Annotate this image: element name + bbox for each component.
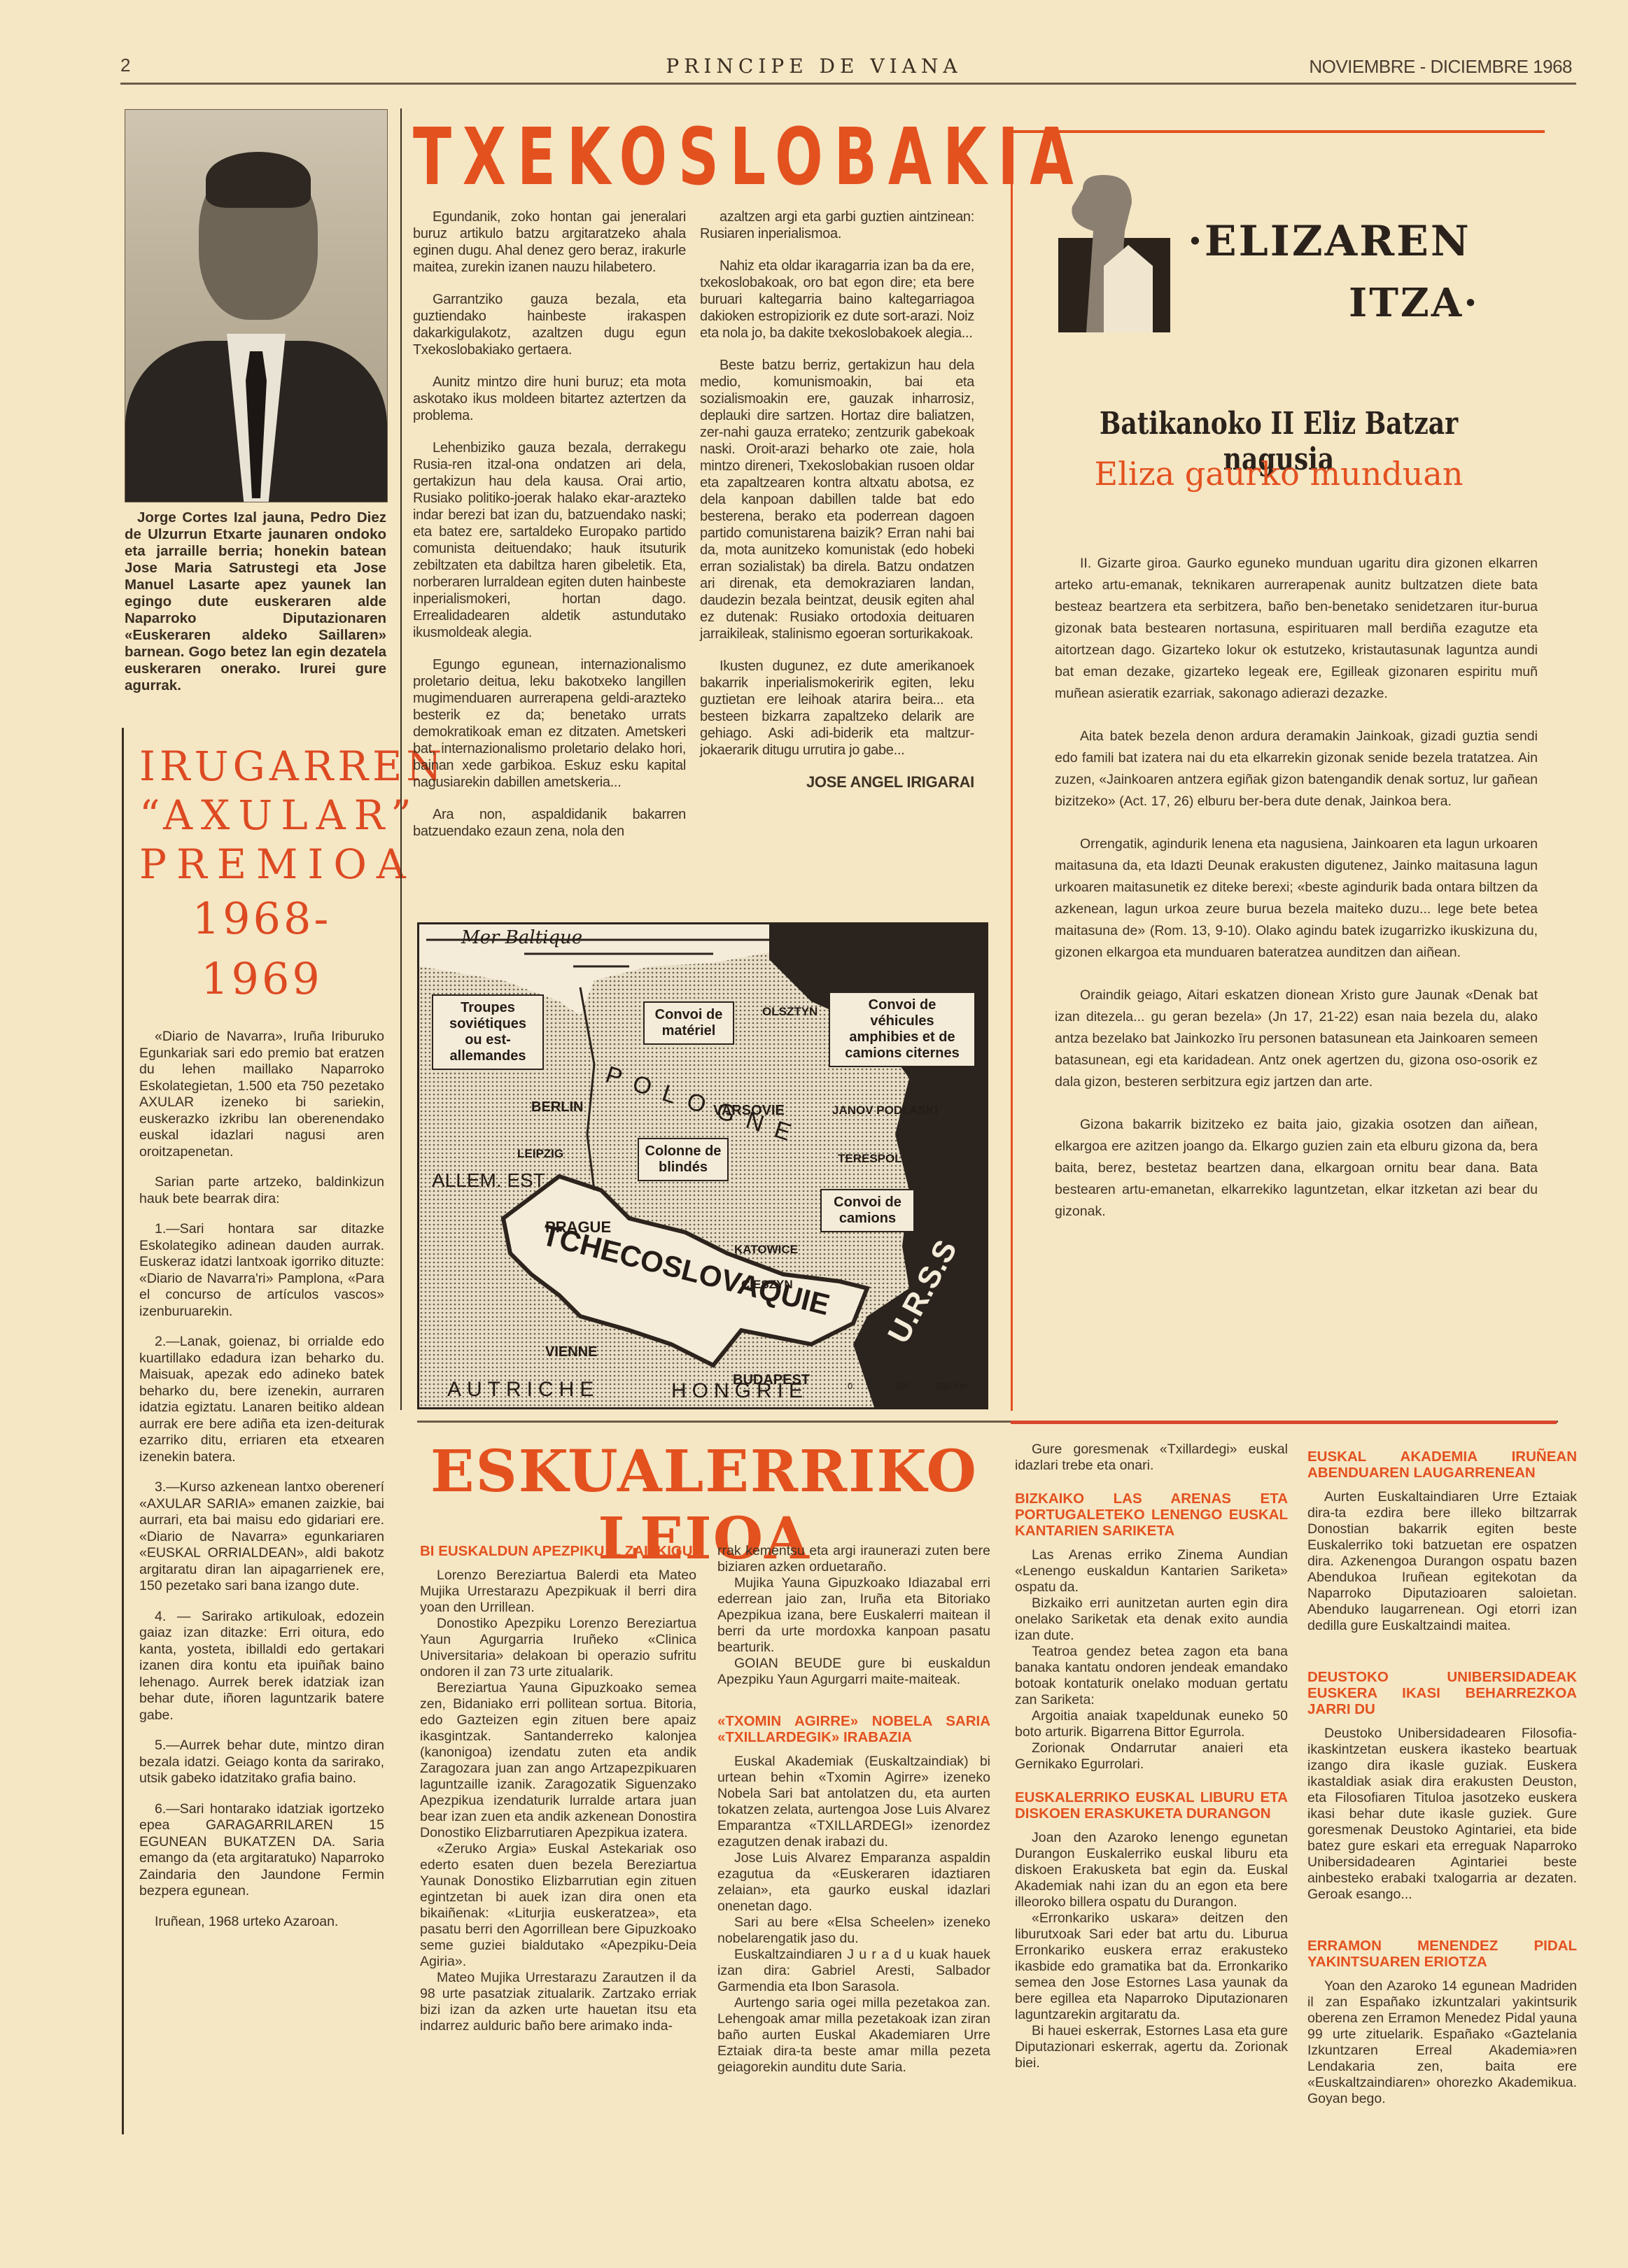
- news-headline: ERRAMON MENENDEZ PIDAL YAKINTSUAREN ERIO…: [1307, 1938, 1577, 1970]
- country-label: HONGRIE: [671, 1379, 808, 1403]
- column-divider: [400, 108, 402, 1410]
- axular-title-1: IRUGARREN: [139, 742, 384, 791]
- eliza-subtitle-red: Eliza gaurko munduan: [1013, 455, 1545, 493]
- page-header: 2 PRINCIPE DE VIANA NOVIEMBRE - DICIEMBR…: [0, 49, 1628, 91]
- news-paragraph: Aurten Euskaltaindiaren Urre Eztaiak dir…: [1307, 1489, 1577, 1634]
- article-paragraph: Garrantziko gauza bezala, eta guztiendak…: [413, 291, 686, 358]
- axular-paragraph: 1.—Sari hontara sar ditazke Eskolategiko…: [139, 1221, 384, 1320]
- axular-paragraph: Iruñean, 1968 urteko Azaroan.: [139, 1914, 384, 1931]
- news-paragraph: GOIAN BEUDE gure bi euskaldun Apezpiku Y…: [717, 1656, 990, 1688]
- map-callout-troupes: Troupes soviétiques ou est-allemandes: [432, 994, 544, 1070]
- eskualerriko-leioa-title: ESKUALERRIKO LEIOA: [417, 1438, 991, 1515]
- axular-paragraph: 6.—Sari hontarako idatziak igortzeko epe…: [139, 1801, 384, 1900]
- map-callout-amphibies: Convoi de véhicules amphibies et de cami…: [829, 992, 976, 1067]
- map-callout-blindes: Colonne de blindés: [638, 1138, 729, 1181]
- city-label: TERESPOL: [838, 1152, 902, 1166]
- axular-paragraph: 2.—Lanak, goienaz, bi orrialde edo kuart…: [139, 1334, 384, 1465]
- article-paragraph: Lehenbiziko gauza bezala, derrakegu Rusi…: [413, 439, 686, 641]
- article-paragraph: Ikusten dugunez, ez dute amerikanoek bak…: [700, 658, 974, 759]
- axular-premioa-box: IRUGARREN “AXULAR” PREMIOA 1968-1969 «Di…: [122, 728, 393, 2134]
- article-paragraph: Nahiz eta oldar ikaragarria izan ba da e…: [700, 258, 974, 341]
- news-paragraph: Zorionak Ondarrutar anaieri eta Gernikak…: [1015, 1740, 1288, 1773]
- news-paragraph: Teatroa gendez betea zagon eta bana bana…: [1015, 1644, 1288, 1708]
- news-paragraph: rrak kementsu eta argi iraunerazi zuten …: [717, 1543, 990, 1575]
- city-label: OLSZTYN: [762, 1005, 817, 1019]
- scale-200: 200 Km.: [936, 1381, 969, 1391]
- eliza-title-2: ITZA·: [1349, 280, 1480, 326]
- article-paragraph: Egungo egunean, internazionalismo prolet…: [413, 656, 686, 791]
- news-paragraph: Gure goresmenak «Txillardegi» euskal ida…: [1015, 1442, 1288, 1474]
- news-headline: «TXOMIN AGIRRE» NOBELA SARIA «TXILLARDEG…: [717, 1713, 990, 1745]
- news-headline: DEUSTOKO UNIBERSIDADEAK EUSKERA IKASI BE…: [1307, 1669, 1577, 1717]
- axular-paragraph: 4. — Sarirako artikuloak, edozein gaiaz …: [139, 1609, 384, 1724]
- news-paragraph: Las Arenas erriko Zinema Aundian «Leneng…: [1015, 1547, 1288, 1596]
- txekoslobakia-title: TXEKOSLOBAKIA: [413, 112, 988, 203]
- eliza-paragraph: Gizona bakarrik bizitzeko ez baita jaio,…: [1055, 1114, 1538, 1223]
- czechoslovakia-invasion-map: Mer Baltique Troupes soviétiques ou est-…: [417, 922, 988, 1409]
- news-paragraph: «Erronkariko uskara» deitzen den liburut…: [1015, 1910, 1288, 2023]
- city-label: LEIPZIG: [517, 1147, 563, 1161]
- crozier-church-icon: [1055, 175, 1174, 336]
- header-rule: [120, 83, 1576, 85]
- photo-caption: Jorge Cortes Izal jauna, Pedro Diez de U…: [125, 509, 386, 694]
- axular-title-3: PREMIOA: [139, 840, 384, 889]
- leioa-col4: EUSKAL AKADEMIA IRUÑEAN ABENDUAREN LAUGA…: [1307, 1449, 1577, 2107]
- news-paragraph: Mateo Mujika Urrestarazu Zarautzen il da…: [420, 1970, 696, 2034]
- map-callout-camions: Convoi de camions: [820, 1189, 915, 1232]
- txekoslobakia-col2: azaltzen argi eta garbi guztien aintzine…: [700, 209, 974, 791]
- news-paragraph: Joan den Azaroko lenengo egunetan Durang…: [1015, 1830, 1288, 1910]
- leioa-col1: BI EUSKALDUN APEZPIKU IL ZAIZKIGU Lorenz…: [420, 1543, 696, 2034]
- news-paragraph: Sari au bere «Elsa Scheelen» izeneko nob…: [717, 1915, 990, 1947]
- eliza-paragraph: Orrengatik, agindurik lenena eta nagusie…: [1055, 833, 1538, 964]
- news-paragraph: Lorenzo Bereziartua Balerdi eta Mateo Mu…: [420, 1568, 696, 1616]
- news-headline: EUSKALERRIKO EUSKAL LIBURU ETA DISKOEN E…: [1015, 1789, 1288, 1822]
- news-paragraph: Donostiko Apezpiku Lorenzo Bereziartua Y…: [420, 1616, 696, 1680]
- news-paragraph: Bizkaiko erri aunitzetan aurten egin dir…: [1015, 1596, 1288, 1644]
- news-headline: BI EUSKALDUN APEZPIKU IL ZAIZKIGU: [420, 1543, 696, 1559]
- scale-100: 100: [895, 1381, 911, 1391]
- news-paragraph: Bi hauei eskerrak, Estornes Lasa eta gur…: [1015, 2023, 1288, 2071]
- txekoslobakia-col1: Egundanik, zoko hontan gai jeneralari bu…: [413, 209, 686, 855]
- scale-0: 0: [848, 1381, 852, 1391]
- axular-title-years: 1968-1969: [139, 889, 384, 1009]
- axular-paragraph: «Diario de Navarra», Iruña Iriburuko Egu…: [139, 1029, 384, 1160]
- city-label: BERLIN: [531, 1099, 583, 1115]
- eliza-paragraph: II. Gizarte giroa. Gaurko eguneko mundua…: [1055, 553, 1538, 705]
- axular-paragraph: 5.—Aurrek behar dute, mintzo diran bezal…: [139, 1738, 384, 1787]
- news-paragraph: Bereziartua Yauna Gipuzkoako semea zen, …: [420, 1680, 696, 1841]
- article-signature: JOSE ANGEL IRIGARAI: [700, 774, 974, 791]
- leioa-col2: rrak kementsu eta argi iraunerazi zuten …: [717, 1543, 990, 2076]
- country-label: AUTRICHE: [447, 1378, 599, 1402]
- map-sea-label: Mer Baltique: [461, 927, 582, 948]
- axular-paragraph: Sarian parte artzeko, baldinkizun hauk b…: [139, 1174, 384, 1207]
- axular-paragraph: 3.—Kurso azkenean lantxo oberenerí «AXUL…: [139, 1479, 384, 1595]
- map-callout-materiel: Convoi de matériel: [643, 1001, 734, 1045]
- eliza-paragraph: Oraindik geiago, Aitari eskatzen dionean…: [1055, 985, 1538, 1093]
- issue-date: NOVIEMBRE - DICIEMBRE 1968: [1309, 56, 1572, 78]
- city-label: JANOV PODLASKI: [832, 1104, 938, 1118]
- elizaren-itza-section: ·ELIZAREN ITZA· Batikanoko II Eliz Batza…: [1011, 130, 1545, 1411]
- article-paragraph: Egundanik, zoko hontan gai jeneralari bu…: [413, 209, 686, 276]
- news-paragraph: Jose Luis Alvarez Emparanza aspaldin eza…: [717, 1850, 990, 1915]
- news-paragraph: Euskal Akademiak (Euskaltzaindiak) bi ur…: [717, 1754, 990, 1850]
- axular-body: «Diario de Navarra», Iruña Iriburuko Egu…: [139, 1029, 384, 1930]
- news-paragraph: Mujika Yauna Gipuzkoako Idiazabal erri e…: [717, 1575, 990, 1656]
- city-label: VIENNE: [545, 1344, 597, 1360]
- news-paragraph: Argoitia anaiak txapeldunak euneko 50 bo…: [1015, 1708, 1288, 1740]
- eliza-title-1: ·ELIZAREN: [1188, 217, 1471, 266]
- news-paragraph: Euskaltzaindiaren J u r a d u kuak hauek…: [717, 1947, 990, 1995]
- portrait-photo: [125, 109, 388, 502]
- section-rule-red: [1011, 1421, 1557, 1424]
- news-paragraph: Yoan den Azaroko 14 egunean Madriden il …: [1307, 1978, 1577, 2107]
- news-headline: EUSKAL AKADEMIA IRUÑEAN ABENDUAREN LAUGA…: [1307, 1449, 1577, 1481]
- leioa-col3: Gure goresmenak «Txillardegi» euskal ida…: [1015, 1442, 1288, 2071]
- news-headline: BIZKAIKO LAS ARENAS ETA PORTUGALETEKO LE…: [1015, 1491, 1288, 1539]
- news-paragraph: Deustoko Unibersidadearen Filosofia-ikas…: [1307, 1726, 1577, 1903]
- country-label: ALLEM. EST: [432, 1169, 545, 1192]
- news-paragraph: Aurtengo saria ogei milla pezetakoa zan.…: [717, 1995, 990, 2076]
- news-paragraph: «Zeruko Argia» Euskal Astekariak oso ede…: [420, 1841, 696, 1970]
- article-paragraph: Beste batzu berriz, gertakizun hau dela …: [700, 357, 974, 642]
- eliza-paragraph: Aita batek bezela denon ardura deramakin…: [1055, 726, 1538, 812]
- axular-title-2: “AXULAR”: [139, 791, 384, 840]
- eliza-body: II. Gizarte giroa. Gaurko eguneko mundua…: [1055, 553, 1538, 1244]
- city-label: KATOWICE: [734, 1243, 798, 1257]
- article-paragraph: Aunitz mintzo dire huni buruz; eta mota …: [413, 374, 686, 424]
- article-paragraph: azaltzen argi eta garbi guztien aintzine…: [700, 209, 974, 242]
- article-paragraph: Ara non, aspaldidanik bakarren batzuenda…: [413, 806, 686, 840]
